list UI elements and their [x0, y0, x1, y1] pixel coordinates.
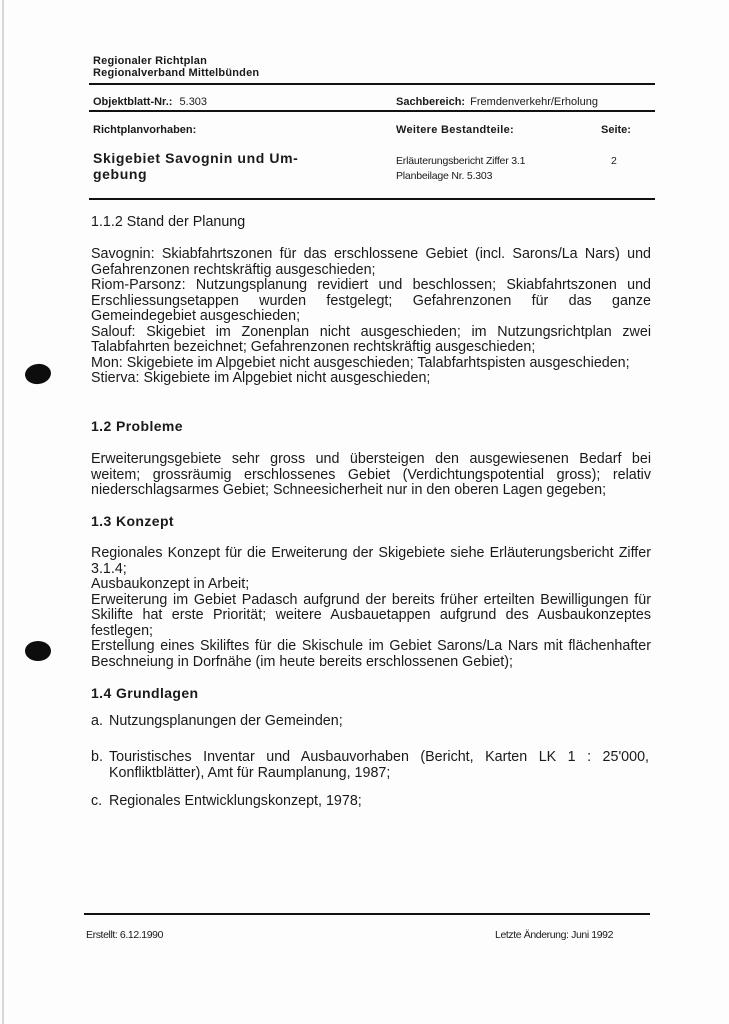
- richtplanvorhaben-label: Richtplanvorhaben:: [93, 124, 196, 136]
- list-item-label: b.: [91, 750, 103, 766]
- header-line-2: Regionalverband Mittelbünden: [93, 67, 259, 79]
- project-title: Skigebiet Savognin und Um- gebung: [93, 150, 298, 182]
- paragraph: Erweiterung im Gebiet Padasch aufgrund d…: [91, 593, 651, 640]
- list-item-label: c.: [91, 794, 102, 810]
- list-item-label: a.: [91, 714, 103, 730]
- paragraph: Savognin: Skiabfahrtszonen für das ersch…: [91, 247, 651, 278]
- footer-rule: [84, 913, 650, 915]
- paragraph: Erweiterungsgebiete sehr gross und übers…: [91, 452, 651, 499]
- section-13-heading: 1.3 Konzept: [91, 513, 174, 529]
- objektblatt-label: Objektblatt-Nr.:: [93, 96, 172, 108]
- header-bottom-rule: [89, 198, 655, 200]
- section-13-body: Regionales Konzept für die Erweiterung d…: [91, 546, 651, 670]
- paragraph: Erstellung eines Skiliftes für die Skisc…: [91, 639, 651, 670]
- header-line-1: Regionaler Richtplan: [93, 55, 207, 67]
- section-112-body: Savognin: Skiabfahrtszonen für das ersch…: [91, 247, 651, 387]
- objektblatt-value: 5.303: [180, 96, 208, 108]
- sachbereich-value: Fremdenverkehr/Erholung: [470, 96, 598, 108]
- paragraph: Riom-Parsonz: Nutzungsplanung revidiert …: [91, 278, 651, 325]
- section-14-heading: 1.4 Grundlagen: [91, 685, 199, 701]
- punch-hole: [25, 641, 51, 661]
- bestandteil-2: Planbeilage Nr. 5.303: [396, 170, 492, 182]
- paragraph: Salouf: Skigebiet im Zonenplan nicht aus…: [91, 325, 651, 356]
- list-item-text: Touristisches Inventar und Ausbauvorhabe…: [109, 750, 649, 781]
- sachbereich-label: Sachbereich:: [396, 96, 465, 108]
- section-112-heading: 1.1.2 Stand der Planung: [91, 215, 651, 231]
- bestandteil-1: Erläuterungsbericht Ziffer 3.1: [396, 155, 525, 167]
- list-item-text: Nutzungsplanungen der Gemeinden;: [109, 714, 649, 730]
- list-item-text: Regionales Entwicklungskonzept, 1978;: [109, 794, 649, 810]
- meta-rule: [89, 110, 655, 112]
- project-title-line-2: gebung: [93, 166, 298, 182]
- paragraph: Stierva: Skigebiete im Alpgebiet nicht a…: [91, 371, 651, 387]
- section-12-heading: 1.2 Probleme: [91, 418, 183, 434]
- seite-value: 2: [611, 155, 617, 167]
- paragraph: Regionales Konzept für die Erweiterung d…: [91, 546, 651, 577]
- footer-erstellt: Erstellt: 6.12.1990: [86, 929, 163, 941]
- page-edge: [2, 0, 4, 1024]
- footer-letzte-aenderung: Letzte Änderung: Juni 1992: [495, 929, 613, 941]
- seite-label: Seite:: [601, 124, 631, 136]
- header-rule: [89, 83, 655, 85]
- objektblatt: Objektblatt-Nr.: 5.303: [93, 96, 207, 108]
- sachbereich: Sachbereich: Fremdenverkehr/Erholung: [396, 96, 598, 108]
- punch-hole: [24, 362, 53, 385]
- project-title-line-1: Skigebiet Savognin und Um-: [93, 150, 298, 166]
- section-12-body: Erweiterungsgebiete sehr gross und übers…: [91, 452, 651, 499]
- weitere-bestandteile-label: Weitere Bestandteile:: [396, 124, 514, 136]
- paragraph: Mon: Skigebiete im Alpgebiet nicht ausge…: [91, 356, 651, 372]
- paragraph: Ausbaukonzept in Arbeit;: [91, 577, 651, 593]
